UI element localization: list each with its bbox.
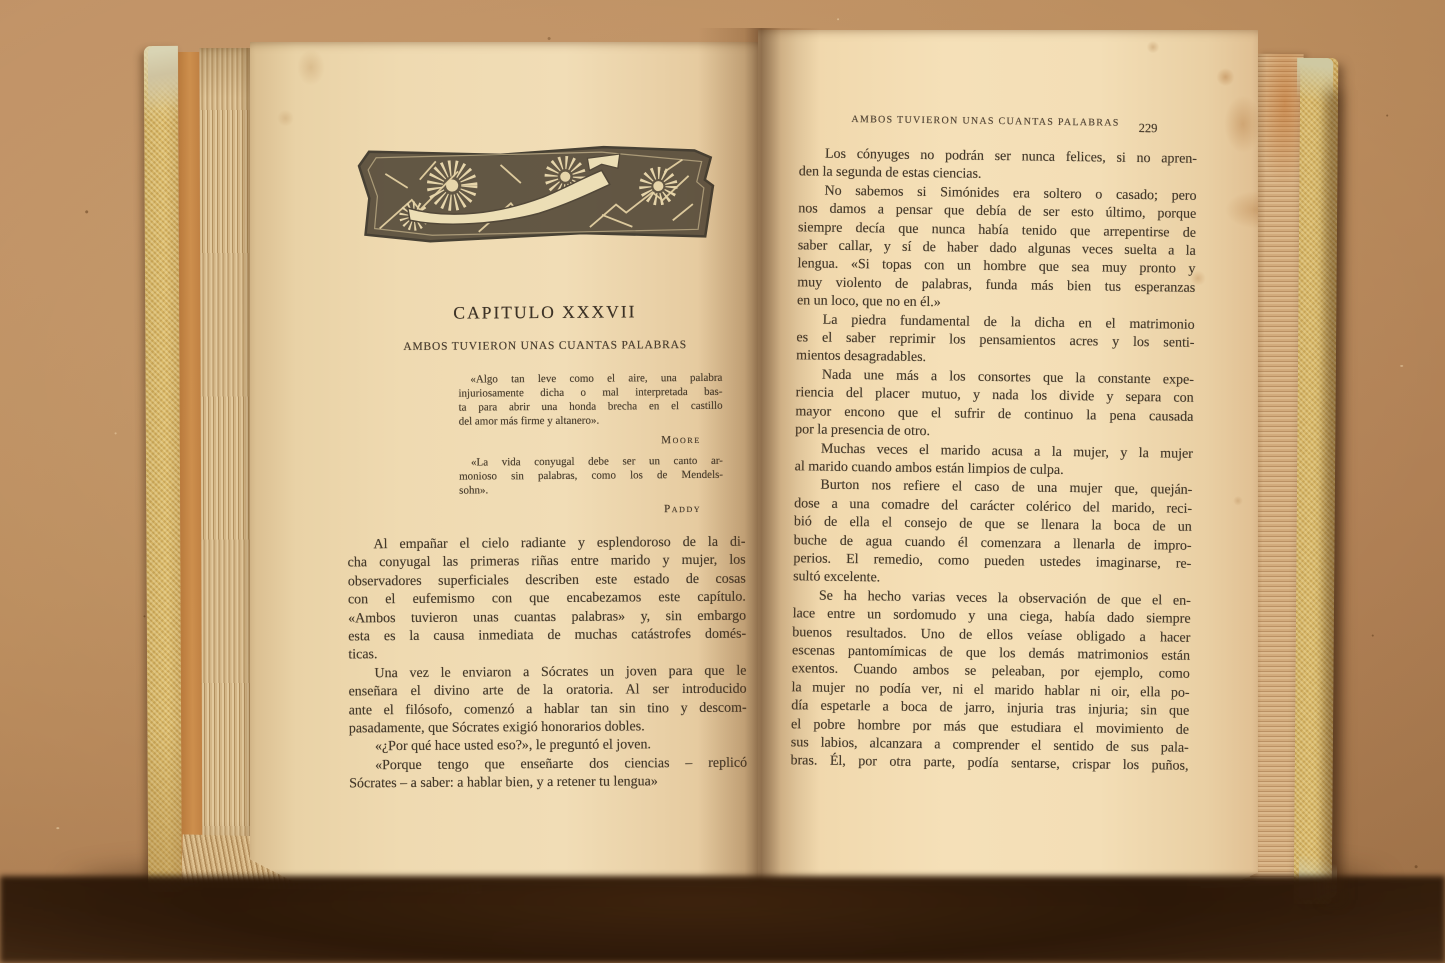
left-cover-edge (144, 46, 182, 892)
text-line: sohn». (459, 482, 723, 498)
text-line: monioso sin palabras, como los de Mendel… (459, 468, 723, 484)
text-line: enseñara el divino arte de la oratoria. … (349, 681, 747, 702)
paragraph: Muchas veces el marido acusa a la mujer,… (795, 440, 1193, 482)
epigraph-attribution: Paddy (459, 502, 723, 519)
epigraph-block: «Algo tan leve como el aire, una palabra… (458, 371, 723, 519)
paragraph: Al empañar el cielo radiante y esplendor… (347, 534, 746, 666)
paragraph: Burton nos refiere el caso de una mujer … (793, 477, 1193, 593)
text-line: con el eufemismo con que encabezamos est… (348, 589, 746, 610)
text-line: «Porque tengo que enseñarte dos ciencias… (349, 754, 747, 775)
epigraph-attribution: Moore (459, 433, 723, 450)
chapter-ornament-image (349, 141, 722, 250)
text-line: del amor más firme y altanero». (459, 413, 723, 429)
book-cast-shadow (0, 876, 1445, 963)
paragraph: Se ha hecho varias veces la observación … (790, 587, 1191, 777)
epigraph-quote: «La vida conyugal debe ser un canto ar-m… (459, 454, 723, 498)
paragraph: Nada une más a los consortes que la cons… (795, 366, 1194, 445)
left-page-content: CAPITULO XXXVII AMBOS TUVIERON UNAS CUAN… (345, 141, 748, 794)
photo-scene: CAPITULO XXXVII AMBOS TUVIERON UNAS CUAN… (0, 0, 1445, 963)
text-line: Sócrates – a saber: a hablar bien, y a r… (349, 773, 747, 794)
text-line: esta es la causa inmediata de muchas cat… (348, 626, 746, 647)
book-cast-shadow-right (1326, 90, 1342, 900)
left-cover-worn-corner (148, 46, 178, 110)
paragraph: Una vez le enviaron a Sócrates un joven … (348, 662, 747, 738)
right-page-body-text: Los cónyuges no podrán ser nunca felices… (790, 145, 1197, 776)
epigraph-quote: «Algo tan leve como el aire, una palabra… (458, 371, 722, 429)
chapter-title: CAPITULO XXXVII (346, 301, 744, 325)
paragraph: No sabemos si Simónides era soltero o ca… (797, 182, 1197, 316)
text-line: ante el filósofo, comenzó a hablar tan s… (349, 699, 747, 720)
left-page-block-edges (200, 48, 255, 888)
paragraph: «Porque tengo que enseñarte dos ciencias… (349, 754, 747, 794)
paragraph: La piedra fundamental de la dicha en el … (796, 311, 1195, 372)
page-number: 229 (1139, 121, 1158, 136)
text-line: ta para abrir una honda brecha en el cas… (459, 399, 723, 415)
paragraph: Los cónyuges no podrán ser nunca felices… (799, 145, 1197, 187)
chapter-subtitle: AMBOS TUVIERON UNAS CUANTAS PALABRAS (346, 339, 744, 354)
right-page-content: AMBOS TUVIERON UNAS CUANTAS PALABRAS 229… (790, 113, 1197, 776)
left-page-body-text: Al empañar el cielo radiante y esplendor… (347, 534, 747, 794)
